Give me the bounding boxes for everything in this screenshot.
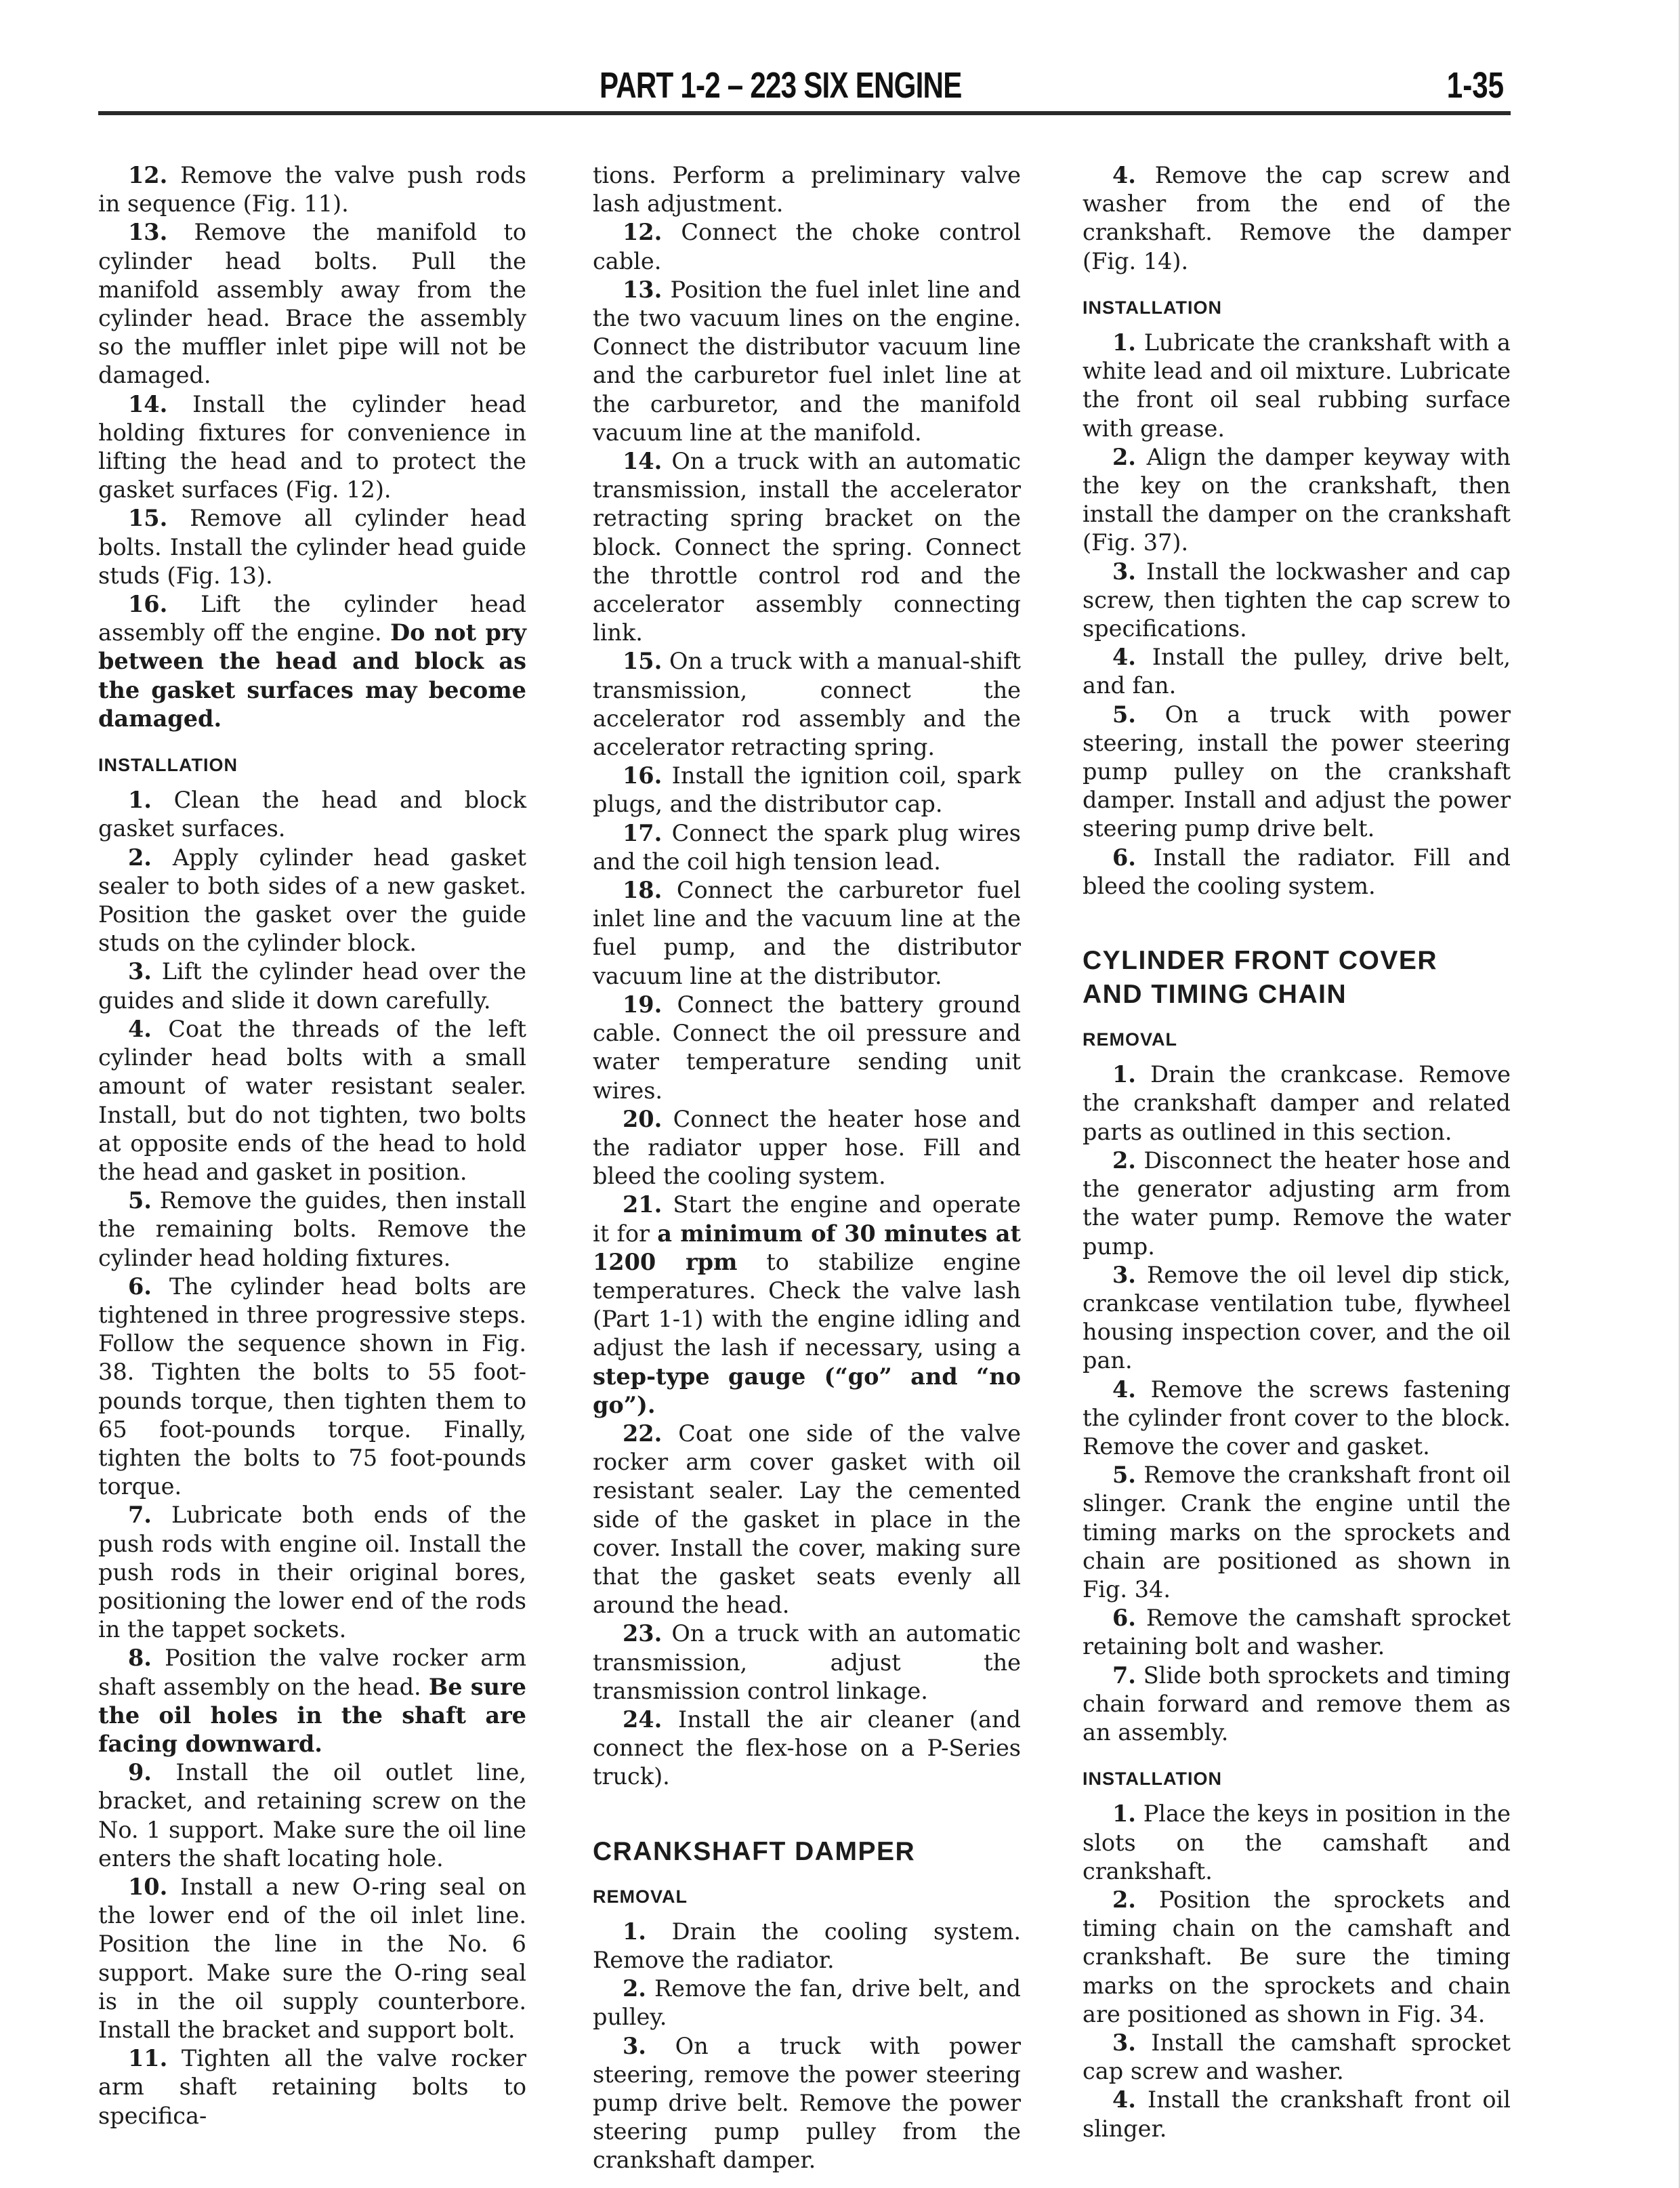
step-12: 12. Connect the choke control cable. [593,218,1021,275]
step-23: 23. On a truck with an automatic transmi… [593,1619,1021,1706]
step-number: 10. [128,1874,167,1900]
running-header: PART 1-2 – 223 SIX ENGINE 1-35 [98,64,1511,119]
step-number: 8. [128,1645,152,1671]
step-12: 12. Remove the valve push rods in sequen… [98,161,526,218]
step-number: 7. [1112,1662,1136,1689]
step-14: 14. Install the cylinder head holding fi… [98,390,526,505]
step-16: 16. Install the ignition coil, spark plu… [593,762,1021,819]
install-step-3: 3. Install the lockwasher and cap screw,… [1083,558,1511,644]
installation-heading: INSTALLATION [1083,293,1511,322]
install-step-5: 5. On a truck with power steering, insta… [1083,701,1511,844]
install-step-6: 6. The cylinder head bolts are tightened… [98,1273,526,1502]
install-step-4: 4. Coat the threads of the left cylinder… [98,1015,526,1186]
install-step-4: 4. Install the pulley, drive belt, and f… [1083,643,1511,700]
installation-heading-2: INSTALLATION [1083,1764,1511,1793]
continued-text: tions. Perform a preliminary valve lash … [593,161,1021,218]
install-step-2: 2. Align the damper keyway with the key … [1083,443,1511,558]
step-number: 2. [1112,444,1136,470]
step-text: Align the damper keyway with the key on … [1083,444,1511,556]
step-number: 16. [128,591,167,617]
removal-step-6: 6. Remove the camshaft sprocket retainin… [1083,1604,1511,1661]
step-number: 13. [128,219,167,245]
front-cover-heading: CYLINDER FRONT COVER AND TIMING CHAIN [1083,944,1511,1012]
step-number: 13. [623,276,662,303]
step-18: 18. Connect the carburetor fuel inlet li… [593,876,1021,991]
step-number: 16. [623,762,662,789]
step-24: 24. Install the air cleaner (and connect… [593,1706,1021,1792]
step-text: Lubricate the crankshaft with a white le… [1083,329,1511,442]
header-part-label: PART 1-2 [600,65,720,106]
step-number: 4. [1112,2086,1136,2113]
step-text: On a truck with power steering, install … [1083,701,1511,842]
step-text: Remove the crankshaft front oil slinger.… [1083,1462,1511,1603]
install-step-7: 7. Lubricate both ends of the push rods … [98,1501,526,1644]
install2-step-3: 3. Install the camshaft sprocket cap scr… [1083,2029,1511,2086]
step-16: 16. Lift the cylinder head assembly off … [98,590,526,733]
step-number: 7. [128,1502,152,1528]
removal-step-2: 2. Remove the fan, drive belt, and pulle… [593,1975,1021,2031]
step-text: Remove the fan, drive belt, and pulley. [593,1975,1021,2030]
step-number: 1. [1112,329,1136,356]
step-text: Apply cylinder head gasket sealer to bot… [98,844,526,957]
step-15: 15. Remove all cylinder head bolts. Inst… [98,504,526,590]
step-number: 2. [1112,1886,1136,1913]
header-title: PART 1-2 – 223 SIX ENGINE [600,64,962,106]
column-1: 12. Remove the valve push rods in sequen… [98,161,526,2130]
front-cover-heading-line-2: AND TIMING CHAIN [1083,978,1511,1012]
step-text: Slide both sprockets and timing chain fo… [1083,1662,1511,1746]
step-number: 6. [1112,844,1136,871]
step-number: 11. [128,2045,167,2071]
step-number: 18. [623,877,662,903]
install-step-10: 10. Install a new O-ring seal on the low… [98,1873,526,2044]
step-13: 13. Position the fuel inlet line and the… [593,276,1021,447]
step-text: Install the oil outlet line, bracket, an… [98,1759,526,1872]
step-number: 23. [623,1620,662,1647]
step-19: 19. Connect the battery ground cable. Co… [593,991,1021,1105]
step-text: Install the radiator. Fill and bleed the… [1083,844,1511,899]
step-number: 20. [623,1106,662,1132]
step-text: Install the pulley, drive belt, and fan. [1083,644,1511,699]
step-number: 2. [128,844,152,871]
step-22: 22. Coat one side of the valve rocker ar… [593,1420,1021,1619]
step-number: 3. [1112,1262,1136,1288]
step-text: Remove the cap screw and washer from the… [1083,162,1511,274]
step-number: 6. [128,1273,152,1300]
step-number: 3. [128,958,152,985]
step-number: 1. [1112,1061,1136,1088]
step-number: 24. [623,1706,662,1733]
step-text: Remove the screws fastening the cylinder… [1083,1376,1511,1460]
step-number: 4. [1112,162,1136,188]
step-text: Coat the threads of the left cylinder he… [98,1016,526,1185]
step-number: 5. [1112,701,1136,728]
step-text: Place the keys in position in the slots … [1083,1800,1511,1884]
step-text: Remove the guides, then install the rema… [98,1187,526,1271]
install-step-2: 2. Apply cylinder head gasket sealer to … [98,844,526,958]
step-text: Coat one side of the valve rocker arm co… [593,1420,1021,1618]
emphasis-text: step-type gauge (“go” and “no go”). [593,1363,1021,1418]
removal-step-4: 4. Remove the cap screw and washer from … [1083,161,1511,276]
install-step-3: 3. Lift the cylinder head over the guide… [98,957,526,1014]
step-text: Lubricate both ends of the push rods wit… [98,1502,526,1643]
install2-step-1: 1. Place the keys in position in the slo… [1083,1800,1511,1886]
step-number: 14. [623,448,662,474]
step-number: 22. [623,1420,662,1447]
install-step-1: 1. Lubricate the crankshaft with a white… [1083,329,1511,443]
removal-step-4: 4. Remove the screws fastening the cylin… [1083,1376,1511,1462]
step-number: 3. [1112,2029,1136,2056]
step-20: 20. Connect the heater hose and the radi… [593,1105,1021,1191]
step-number: 12. [128,162,167,188]
step-number: 15. [623,648,662,674]
removal-step-5: 5. Remove the crankshaft front oil sling… [1083,1461,1511,1604]
step-text: Drain the crankcase. Remove the cranksha… [1083,1061,1511,1144]
step-number: 5. [1112,1462,1136,1488]
step-number: 4. [1112,1376,1136,1403]
step-number: 12. [623,219,662,245]
front-cover-heading-line-1: CYLINDER FRONT COVER [1083,944,1511,978]
step-text: Lift the cylinder head over the guides a… [98,958,526,1013]
step-13: 13. Remove the manifold to cylinder head… [98,218,526,390]
install-step-6: 6. Install the radiator. Fill and bleed … [1083,844,1511,901]
removal-step-2: 2. Disconnect the heater hose and the ge… [1083,1147,1511,1261]
step-17: 17. Connect the spark plug wires and the… [593,819,1021,876]
step-number: 4. [1112,644,1136,670]
header-rule [98,111,1511,115]
column-2: tions. Perform a preliminary valve lash … [593,161,1021,2175]
step-text: Position the sprockets and timing chain … [1083,1886,1511,2027]
removal-step-7: 7. Slide both sprockets and timing chain… [1083,1661,1511,1748]
header-engine-title: 223 SIX ENGINE [750,65,961,106]
step-text: Drain the cooling system. Remove the rad… [593,1918,1021,1973]
step-text: Clean the head and block gasket surfaces… [98,787,526,842]
step-number: 3. [623,2033,646,2059]
step-text: Install the crankshaft front oil slinger… [1083,2086,1511,2141]
install2-step-2: 2. Position the sprockets and timing cha… [1083,1886,1511,2029]
step-number: 19. [623,991,662,1018]
step-number: 21. [623,1191,662,1218]
step-number: 1. [1112,1800,1136,1827]
install2-step-4: 4. Install the crankshaft front oil slin… [1083,2086,1511,2143]
install-step-11: 11. Tighten all the valve rocker arm sha… [98,2044,526,2130]
removal-step-3: 3. Remove the oil level dip stick, crank… [1083,1261,1511,1376]
step-text: Remove the camshaft sprocket retaining b… [1083,1605,1511,1659]
step-number: 3. [1112,558,1136,585]
step-number: 15. [128,505,167,531]
step-number: 14. [128,391,167,417]
step-text: Install the camshaft sprocket cap screw … [1083,2029,1511,2084]
step-text: On a truck with an automatic transmissio… [593,448,1021,646]
step-text: The cylinder head bolts are tightened in… [98,1273,526,1500]
installation-heading: INSTALLATION [98,751,526,779]
step-text: Remove the oil level dip stick, crankcas… [1083,1262,1511,1374]
install-step-1: 1. Clean the head and block gasket surfa… [98,786,526,843]
step-15: 15. On a truck with a manual-shift trans… [593,647,1021,762]
step-number: 5. [128,1187,152,1214]
step-number: 1. [128,787,152,813]
step-21: 21. Start the engine and operate it for … [593,1191,1021,1420]
step-number: 9. [128,1759,152,1786]
header-dash: – [720,65,750,106]
crankshaft-damper-heading: CRANKSHAFT DAMPER [593,1835,1021,1869]
removal-step-1: 1. Drain the cooling system. Remove the … [593,1918,1021,1975]
step-14: 14. On a truck with an automatic transmi… [593,447,1021,647]
removal-step-1: 1. Drain the crankcase. Remove the crank… [1083,1060,1511,1147]
step-number: 1. [623,1918,646,1945]
step-number: 2. [1112,1147,1136,1174]
step-text: On a truck with power steering, remove t… [593,2033,1021,2174]
step-number: 2. [623,1975,646,2002]
removal-step-3: 3. On a truck with power steering, remov… [593,2032,1021,2175]
step-text: Install the lockwasher and cap screw, th… [1083,558,1511,642]
removal-heading: REMOVAL [593,1882,1021,1911]
column-3: 4. Remove the cap screw and washer from … [1083,161,1511,2143]
step-number: 17. [623,820,662,846]
removal-heading: REMOVAL [1083,1025,1511,1054]
install-step-8: 8. Position the valve rocker arm shaft a… [98,1644,526,1758]
step-number: 6. [1112,1605,1136,1631]
install-step-9: 9. Install the oil outlet line, bracket,… [98,1758,526,1873]
install-step-5: 5. Remove the guides, then install the r… [98,1186,526,1273]
page-number: 1-35 [1447,64,1504,106]
step-text: Disconnect the heater hose and the gener… [1083,1147,1511,1260]
step-number: 4. [128,1016,152,1042]
